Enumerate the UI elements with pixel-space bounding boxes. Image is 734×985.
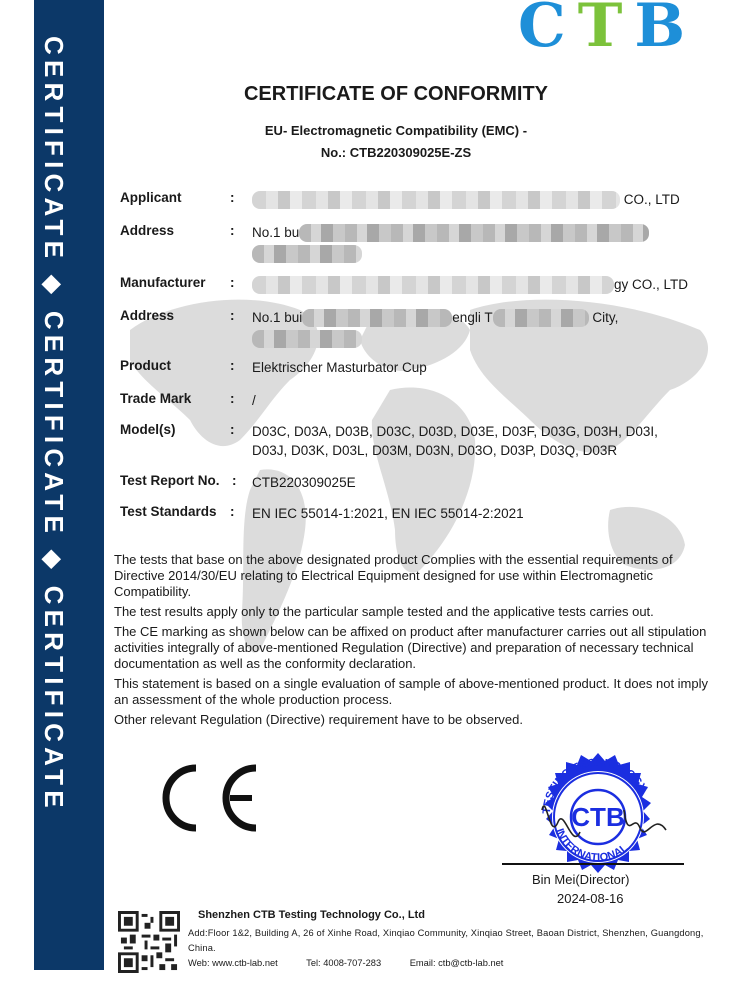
field-colon: : — [230, 422, 235, 437]
logo-letter: C — [518, 0, 578, 61]
field-value: No.1 bu — [252, 223, 702, 263]
qr-code-icon[interactable] — [118, 911, 180, 973]
models-line: D03J, D03K, D03L, D03M, D03N, D03O, D03P… — [252, 443, 617, 458]
field-colon: : — [230, 275, 235, 290]
field-colon: : — [230, 391, 235, 406]
field-label: Manufacturer — [120, 275, 206, 290]
statement-paragraph: The test results apply only to the parti… — [114, 604, 718, 620]
diamond-icon: ◆ — [38, 275, 67, 299]
field-colon: : — [230, 504, 235, 519]
page-title: CERTIFICATE OF CONFORMITY — [58, 83, 734, 106]
field-colon: : — [230, 190, 235, 205]
issuer-contact: Web: www.ctb-lab.net Tel: 4008-707-283 E… — [188, 958, 529, 968]
diamond-icon: ◆ — [38, 550, 67, 574]
field-value-mid: engli T — [452, 310, 492, 325]
field-label: Product — [120, 358, 171, 373]
certificate-subtitle: EU- Electromagnetic Compatibility (EMC) … — [58, 123, 734, 138]
field-colon: : — [230, 358, 235, 373]
ce-mark-icon — [160, 762, 260, 834]
field-value: Elektrischer Masturbator Cup — [252, 358, 702, 377]
field-label: Address — [120, 308, 174, 323]
signer-name: Bin Mei(Director) — [532, 872, 630, 887]
redacted-block — [252, 276, 614, 294]
field-colon: : — [232, 473, 237, 488]
issue-date: 2024-08-16 — [557, 891, 624, 906]
field-value-suffix: City, — [592, 310, 618, 325]
logo-letter: B — [634, 0, 697, 61]
stamp-center-text: CTB — [571, 802, 624, 832]
field-label: Applicant — [120, 190, 182, 205]
models-line: D03C, D03A, D03B, D03C, D03D, D03E, D03F… — [252, 424, 658, 439]
field-label: Trade Mark — [120, 391, 191, 406]
conformity-statements: The tests that base on the above designa… — [114, 552, 718, 732]
issuer-phone: Tel: 4008-707-283 — [306, 958, 381, 968]
sidebar-word: CERTIFICATE — [39, 586, 69, 813]
field-value: No.1 buiengli T City, — [252, 308, 702, 348]
field-value-suffix: gy CO., LTD — [614, 277, 688, 292]
statement-paragraph: This statement is based on a single eval… — [114, 676, 718, 708]
issuer-address: Add:Floor 1&2, Building A, 26 of Xinhe R… — [188, 926, 718, 955]
sidebar-word: CERTIFICATE — [39, 311, 69, 538]
field-value-prefix: No.1 bui — [252, 310, 302, 325]
field-label: Model(s) — [120, 422, 176, 437]
issuer-email-link[interactable]: Email: ctb@ctb-lab.net — [410, 958, 504, 968]
field-colon: : — [230, 308, 235, 323]
signature-line — [502, 863, 684, 865]
redacted-block — [252, 245, 362, 263]
redacted-block — [299, 224, 649, 242]
field-value: / — [252, 391, 702, 410]
statement-paragraph: Other relevant Regulation (Directive) re… — [114, 712, 718, 728]
ctb-logo: CTB — [518, 0, 697, 56]
statement-paragraph: The tests that base on the above designa… — [114, 552, 718, 600]
certificate-number: No.: CTB220309025E-ZS — [58, 145, 734, 160]
field-colon: : — [230, 223, 235, 238]
field-value: CTB220309025E — [252, 473, 702, 492]
field-value: EN IEC 55014-1:2021, EN IEC 55014-2:2021 — [252, 504, 702, 523]
logo-letter: T — [578, 0, 635, 61]
issuer-company-name: Shenzhen CTB Testing Technology Co., Ltd — [198, 909, 425, 921]
issuer-web-link[interactable]: Web: www.ctb-lab.net — [188, 958, 278, 968]
redacted-block — [252, 330, 362, 348]
field-value: CO., LTD — [252, 190, 702, 209]
field-label: Address — [120, 223, 174, 238]
field-value-suffix: CO., LTD — [624, 192, 680, 207]
redacted-block — [252, 191, 620, 209]
redacted-block — [302, 309, 452, 327]
redacted-block — [493, 309, 589, 327]
field-label: Test Report No. — [120, 473, 220, 488]
field-label: Test Standards — [120, 504, 217, 519]
statement-paragraph: The CE marking as shown below can be aff… — [114, 624, 718, 672]
field-value: D03C, D03A, D03B, D03C, D03D, D03E, D03F… — [252, 422, 702, 460]
field-value-prefix: No.1 bu — [252, 225, 299, 240]
field-value: gy CO., LTD — [252, 275, 702, 294]
